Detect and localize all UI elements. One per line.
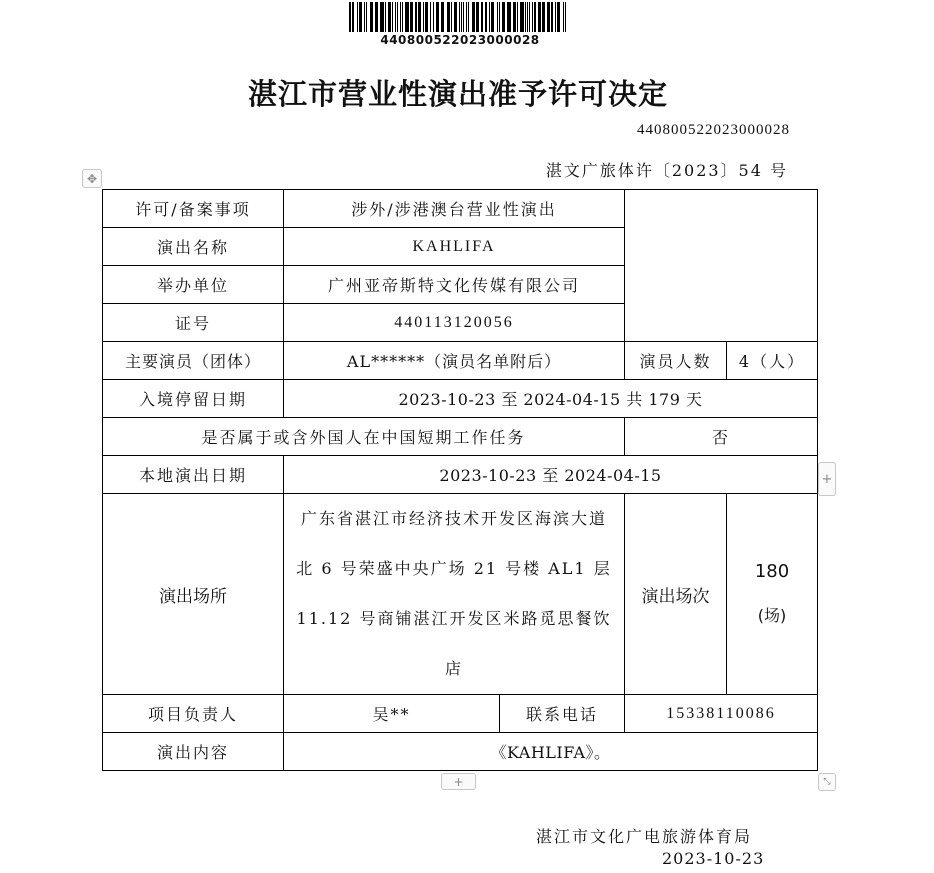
- barcode-bar: [375, 2, 378, 32]
- barcode-bar: [366, 2, 367, 32]
- barcode-bar: [461, 2, 462, 32]
- table-move-handle-icon[interactable]: ✥: [82, 169, 102, 188]
- stay-label: 入境停留日期: [103, 380, 284, 418]
- barcode-bar: [400, 2, 401, 32]
- barcode-bar: [441, 2, 444, 32]
- barcode-bar: [352, 2, 354, 32]
- table-row: 项目负责人 吴** 联系电话 15338110086: [103, 695, 818, 733]
- manager-label: 项目负责人: [103, 695, 284, 733]
- barcode-bar: [410, 2, 413, 32]
- license-value[interactable]: 440113120056: [284, 304, 625, 342]
- performers-value[interactable]: AL******（演员名单附后）: [284, 342, 625, 380]
- barcode-bar: [527, 2, 528, 32]
- barcode-bar: [538, 2, 541, 32]
- add-row-button-icon[interactable]: +: [441, 773, 476, 790]
- barcode-bar: [513, 2, 516, 32]
- barcode-bar: [507, 2, 510, 32]
- barcode-bar: [385, 2, 386, 32]
- license-label: 证号: [103, 304, 284, 342]
- phone-label: 联系电话: [500, 695, 625, 733]
- barcode-bar: [502, 2, 505, 32]
- table-row: 主要演员（团体） AL******（演员名单附后） 演员人数 4（人）: [103, 342, 818, 380]
- barcode-bar: [349, 2, 351, 32]
- barcode-bar: [433, 2, 434, 32]
- barcode-bar: [468, 2, 469, 32]
- sessions-unit: (场): [727, 594, 817, 638]
- barcode-bar: [476, 2, 479, 32]
- short-term-value[interactable]: 否: [625, 418, 818, 456]
- barcode-bar: [563, 2, 564, 32]
- barcode-bar: [565, 2, 566, 32]
- table-row: 演出场所 广东省湛江市经济技术开发区海滨大道北 6 号荣盛中央广场 21 号楼 …: [103, 494, 818, 695]
- phone-value[interactable]: 15338110086: [625, 695, 818, 733]
- barcode-bar: [472, 2, 475, 32]
- item-value[interactable]: 涉外/涉港澳台营业性演出: [284, 190, 625, 228]
- barcode-bar: [405, 2, 408, 32]
- barcode-bar: [459, 2, 460, 32]
- table-row: 演出内容 《KAHLIFA》。: [103, 733, 818, 771]
- barcode-bar: [370, 2, 373, 32]
- barcode-bar: [532, 2, 533, 32]
- barcode-bar: [529, 2, 530, 32]
- barcode-bar: [489, 2, 490, 32]
- barcode-bar: [555, 2, 556, 32]
- permit-table: 许可/备案事项 涉外/涉港澳台营业性演出 演出名称 KAHLIFA 举办单位 广…: [102, 189, 818, 771]
- barcode-bar: [557, 2, 560, 32]
- performer-count-label: 演员人数: [625, 342, 727, 380]
- show-name-value[interactable]: KAHLIFA: [284, 228, 625, 266]
- barcode-bar: [447, 2, 450, 32]
- barcode-bar: [357, 2, 358, 32]
- barcode-bar: [425, 2, 428, 32]
- barcode-bar: [534, 2, 535, 32]
- organizer-value[interactable]: 广州亚帝斯特文化传媒有限公司: [284, 266, 625, 304]
- table-row: 本地演出日期 2023-10-23 至 2024-04-15: [103, 456, 818, 494]
- manager-value[interactable]: 吴**: [284, 695, 500, 733]
- barcode-bar: [481, 2, 483, 32]
- barcode-bar: [364, 2, 365, 32]
- barcode-bar: [395, 2, 396, 32]
- content-label: 演出内容: [103, 733, 284, 771]
- barcode-bar: [430, 2, 431, 32]
- content-value[interactable]: 《KAHLIFA》。: [284, 733, 818, 771]
- barcode-bar: [380, 2, 383, 32]
- barcode-bar: [388, 2, 391, 32]
- issuer-name: 湛江市文化广电旅游体育局: [536, 824, 752, 847]
- barcode-bar: [491, 2, 494, 32]
- barcode-bar: [423, 2, 424, 32]
- document-number: 440800522023000028: [637, 122, 790, 139]
- table-resize-handle-icon[interactable]: ⤡: [818, 773, 836, 791]
- organizer-label: 举办单位: [103, 266, 284, 304]
- show-name-label: 演出名称: [103, 228, 284, 266]
- barcode-bar: [542, 2, 545, 32]
- barcode-bar: [517, 2, 518, 32]
- local-dates-label: 本地演出日期: [103, 456, 284, 494]
- barcode-bar: [499, 2, 500, 32]
- sessions-value[interactable]: 180 (场): [727, 494, 818, 695]
- barcode-bar: [392, 2, 393, 32]
- barcode-bar: [547, 2, 549, 32]
- barcode-bar: [525, 2, 526, 32]
- barcode-bar: [466, 2, 467, 32]
- barcode: [349, 2, 569, 32]
- add-column-button-icon[interactable]: +: [818, 462, 836, 496]
- sessions-count: 180: [727, 550, 817, 594]
- barcode-bar: [415, 2, 417, 32]
- table-row: 许可/备案事项 涉外/涉港澳台营业性演出: [103, 190, 818, 228]
- performer-count-value[interactable]: 4（人）: [727, 342, 818, 380]
- barcode-bar: [402, 2, 403, 32]
- barcode-bar: [359, 2, 362, 32]
- barcode-bar: [397, 2, 398, 32]
- document-title: 湛江市营业性演出准予许可决定: [0, 72, 916, 113]
- barcode-bar: [485, 2, 487, 32]
- barcode-number: 440800522023000028: [340, 33, 580, 47]
- issue-date: 2023-10-23: [662, 849, 764, 868]
- venue-text: 广东省湛江市经济技术开发区海滨大道北 6 号荣盛中央广场 21 号楼 AL1 层…: [296, 509, 611, 678]
- barcode-bar: [520, 2, 523, 32]
- table-row: 是否属于或含外国人在中国短期工作任务 否: [103, 418, 818, 456]
- item-label: 许可/备案事项: [103, 190, 284, 228]
- barcode-bar: [497, 2, 498, 32]
- blank-cell[interactable]: [625, 190, 818, 342]
- barcode-bar: [551, 2, 553, 32]
- local-dates-value[interactable]: 2023-10-23 至 2024-04-15: [284, 456, 818, 494]
- stay-value[interactable]: 2023-10-23 至 2024-04-15 共 179 天: [284, 380, 818, 418]
- short-term-label: 是否属于或含外国人在中国短期工作任务: [103, 418, 625, 456]
- barcode-bar: [436, 2, 439, 32]
- barcode-bar: [454, 2, 457, 32]
- sessions-label: 演出场次: [625, 494, 727, 695]
- table-row: 入境停留日期 2023-10-23 至 2024-04-15 共 179 天: [103, 380, 818, 418]
- venue-value[interactable]: 广东省湛江市经济技术开发区海滨大道北 6 号荣盛中央广场 21 号楼 AL1 层…: [284, 494, 625, 695]
- performers-label: 主要演员（团体）: [103, 342, 284, 380]
- barcode-bar: [463, 2, 464, 32]
- barcode-bar: [451, 2, 452, 32]
- venue-label: 演出场所: [103, 494, 284, 695]
- document-reference: 湛文广旅体许〔2023〕54 号: [546, 158, 788, 181]
- barcode-bar: [418, 2, 420, 32]
